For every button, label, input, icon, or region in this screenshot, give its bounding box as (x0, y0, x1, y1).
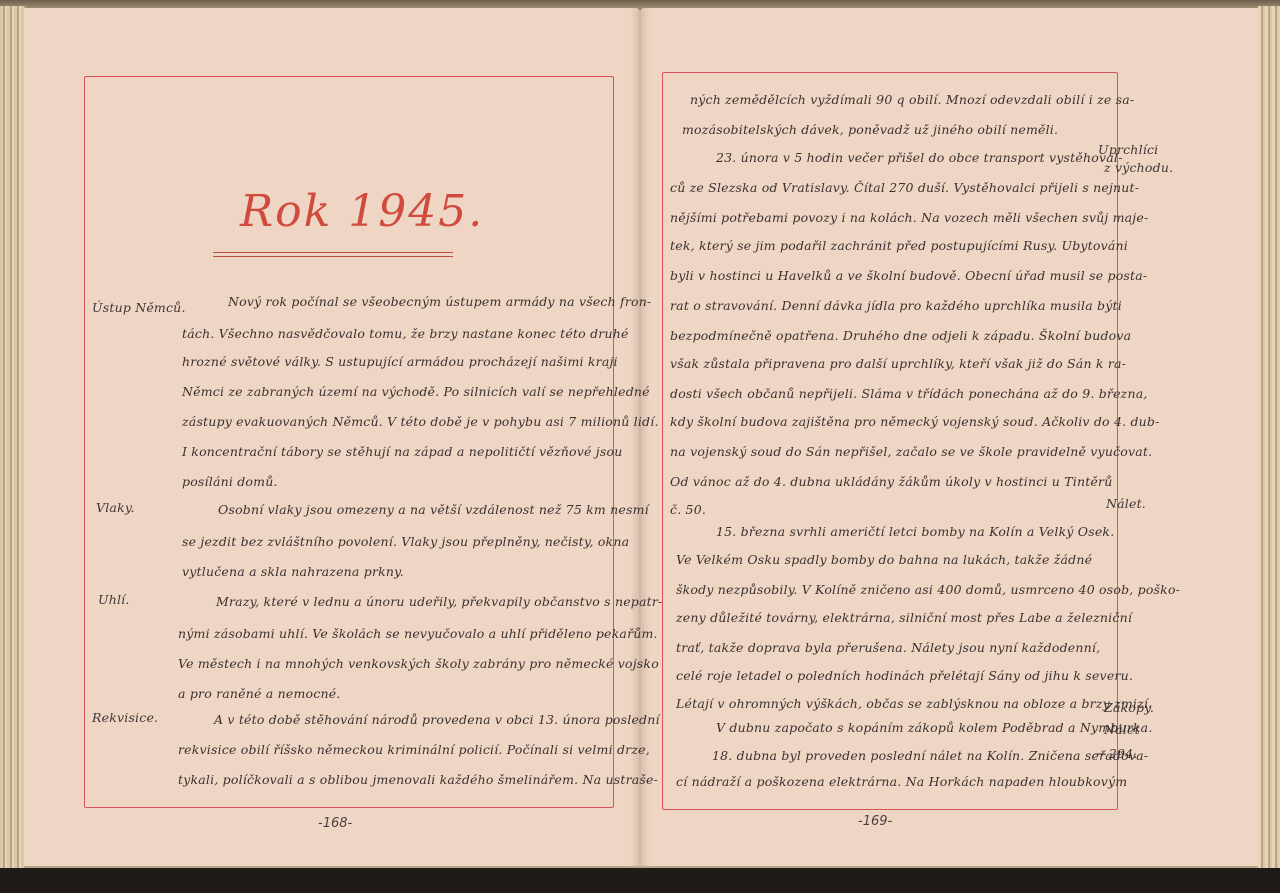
text-line: tách. Všechno nasvědčovalo tomu, že brzy… (182, 326, 629, 341)
margin-label-vlaky: Vlaky. (96, 500, 135, 515)
margin-note-nalet: Nálet. (1106, 496, 1146, 511)
text-line: cí nádraží a poškozena elektrárna. Na Ho… (676, 774, 1127, 789)
text-line: A v této době stěhování národů provedena… (214, 712, 660, 727)
text-line: 23. února v 5 hodin večer přišel do obce… (716, 150, 1123, 165)
text-line: Od vánoc až do 4. dubna ukládány žákům ú… (670, 474, 1112, 489)
text-line: bezpodmínečně opatřena. Druhého dne odje… (670, 328, 1131, 343)
text-line: tek, který se jim podařil zachránit před… (670, 238, 1128, 253)
text-line: a pro raněné a nemocné. (178, 686, 340, 701)
text-line: Nový rok počínal se všeobecným ústupem a… (228, 294, 651, 309)
text-line: nými zásobami uhlí. Ve školách se nevyuč… (178, 626, 658, 641)
text-line: 15. března svrhli američtí letci bomby n… (716, 524, 1114, 539)
open-book: Rok 1945. Ústup Němců. Nový rok počínal … (0, 0, 1280, 868)
text-line: škody nezpůsobily. V Kolíně zničeno asi … (676, 582, 1180, 597)
text-line: V dubnu započato s kopáním zákopů kolem … (716, 720, 1153, 735)
text-line: posíláni domů. (182, 474, 278, 489)
margin-note-uprchlici: Uprchlíci (1098, 142, 1158, 157)
text-line: byli v hostinci u Havelků a ve školní bu… (670, 268, 1147, 283)
text-line: rat o stravování. Denní dávka jídla pro … (670, 298, 1122, 313)
margin-label-rekvisice: Rekvisice. (92, 710, 158, 725)
page-stack-left (0, 6, 26, 868)
text-line: nějšími potřebami povozy i na kolách. Na… (670, 210, 1148, 225)
title-underline (213, 252, 453, 257)
page-number-left: -168- (318, 816, 352, 831)
margin-note-z-vychodu: z východu. (1104, 160, 1173, 175)
text-line: hrozné světové války. S ustupující armád… (182, 354, 618, 369)
page-number-right: -169- (858, 814, 892, 829)
text-line: dosti všech občanů nepřijeli. Sláma v tř… (670, 386, 1148, 401)
text-line: zástupy evakuovaných Němců. V této době … (182, 414, 659, 429)
text-line: 18. dubna byl proveden poslední nálet na… (712, 748, 1148, 763)
book-gutter (630, 8, 650, 866)
text-line: kdy školní budova zajištěna pro německý … (670, 414, 1160, 429)
page-title: Rok 1945. (240, 186, 484, 237)
margin-note-nalet-2: Nálet (1104, 722, 1140, 737)
text-line: trať, takže doprava byla přerušena. Nále… (676, 640, 1100, 655)
text-line: ců ze Slezska od Vratislavy. Čítal 270 d… (670, 180, 1139, 195)
text-line: I koncentrační tábory se stěhují na zápa… (182, 444, 622, 459)
text-line: ných zemědělcích vyždímali 90 q obilí. M… (690, 92, 1134, 107)
text-line: tykali, políčkovali a s oblibou jmenoval… (178, 772, 658, 787)
text-line: Létají v ohromných výškách, občas se zab… (676, 696, 1152, 711)
text-line: však zůstala připravena pro další uprchl… (670, 356, 1126, 371)
text-line: se jezdit bez zvláštního povolení. Vlaky… (182, 534, 629, 549)
text-line: č. 50. (670, 502, 706, 517)
page-stack-right (1258, 6, 1280, 868)
margin-label-uhli: Uhlí. (98, 592, 130, 607)
text-line: Ve městech i na mnohých venkovských škol… (178, 656, 659, 671)
text-line: Mrazy, které v lednu a únoru udeřily, př… (216, 594, 662, 609)
text-line: celé roje letadel o poledních hodinách p… (676, 668, 1133, 683)
text-line: zeny důležité továrny, elektrárna, silni… (676, 610, 1132, 625)
margin-note-zakopy: Zákopy. (1104, 700, 1154, 715)
text-line: Osobní vlaky jsou omezeny a na větší vzd… (218, 502, 649, 517)
text-line: Ve Velkém Osku spadly bomby do bahna na … (676, 552, 1092, 567)
text-line: mozásobitelských dávek, poněvadž už jiné… (682, 122, 1058, 137)
margin-label-ustup: Ústup Němců. (92, 300, 186, 315)
text-line: vytlučena a skla nahrazena prkny. (182, 564, 404, 579)
text-line: na vojenský soud do Sán nepřišel, začalo… (670, 444, 1152, 459)
background-surface (0, 868, 1280, 893)
text-line: Němci ze zabraných území na východě. Po … (182, 384, 650, 399)
margin-note-reference: → 294. (1094, 746, 1137, 761)
text-line: rekvisice obilí říšsko německou kriminál… (178, 742, 650, 757)
